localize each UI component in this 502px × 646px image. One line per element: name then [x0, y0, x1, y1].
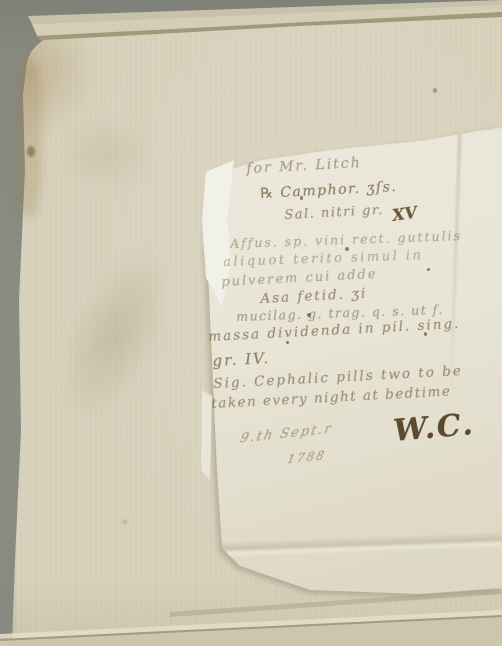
ink-blot: [424, 332, 427, 336]
asafetida-line: Asa fetid. ʒi: [260, 285, 368, 307]
rx-camphor-line: ℞ Camphor. ʒſs.: [260, 179, 398, 202]
date-day-line: 9.th Sept.r: [239, 421, 334, 446]
quantity-xv: XV: [391, 203, 418, 225]
terito-line: aliquot terito simul in: [223, 248, 424, 270]
addressee-line: for Mr. Litch: [246, 155, 362, 177]
date-year-line: 1788: [286, 448, 327, 466]
ink-blot: [300, 196, 303, 200]
ink-blot: [345, 247, 349, 251]
ink-blot: [307, 313, 311, 317]
handwriting-layer: for Mr. Litch ℞ Camphor. ʒſs. Sal. nitri…: [0, 0, 502, 646]
manuscript-photo: for Mr. Litch ℞ Camphor. ʒſs. Sal. nitri…: [0, 0, 502, 646]
grains-line: gr. IV.: [212, 349, 270, 370]
signature-initials: W.C.: [392, 407, 476, 449]
ink-blot: [427, 268, 430, 271]
ink-blot: [286, 341, 289, 344]
sal-nitri-line: Sal. nitri gr.: [284, 203, 384, 223]
